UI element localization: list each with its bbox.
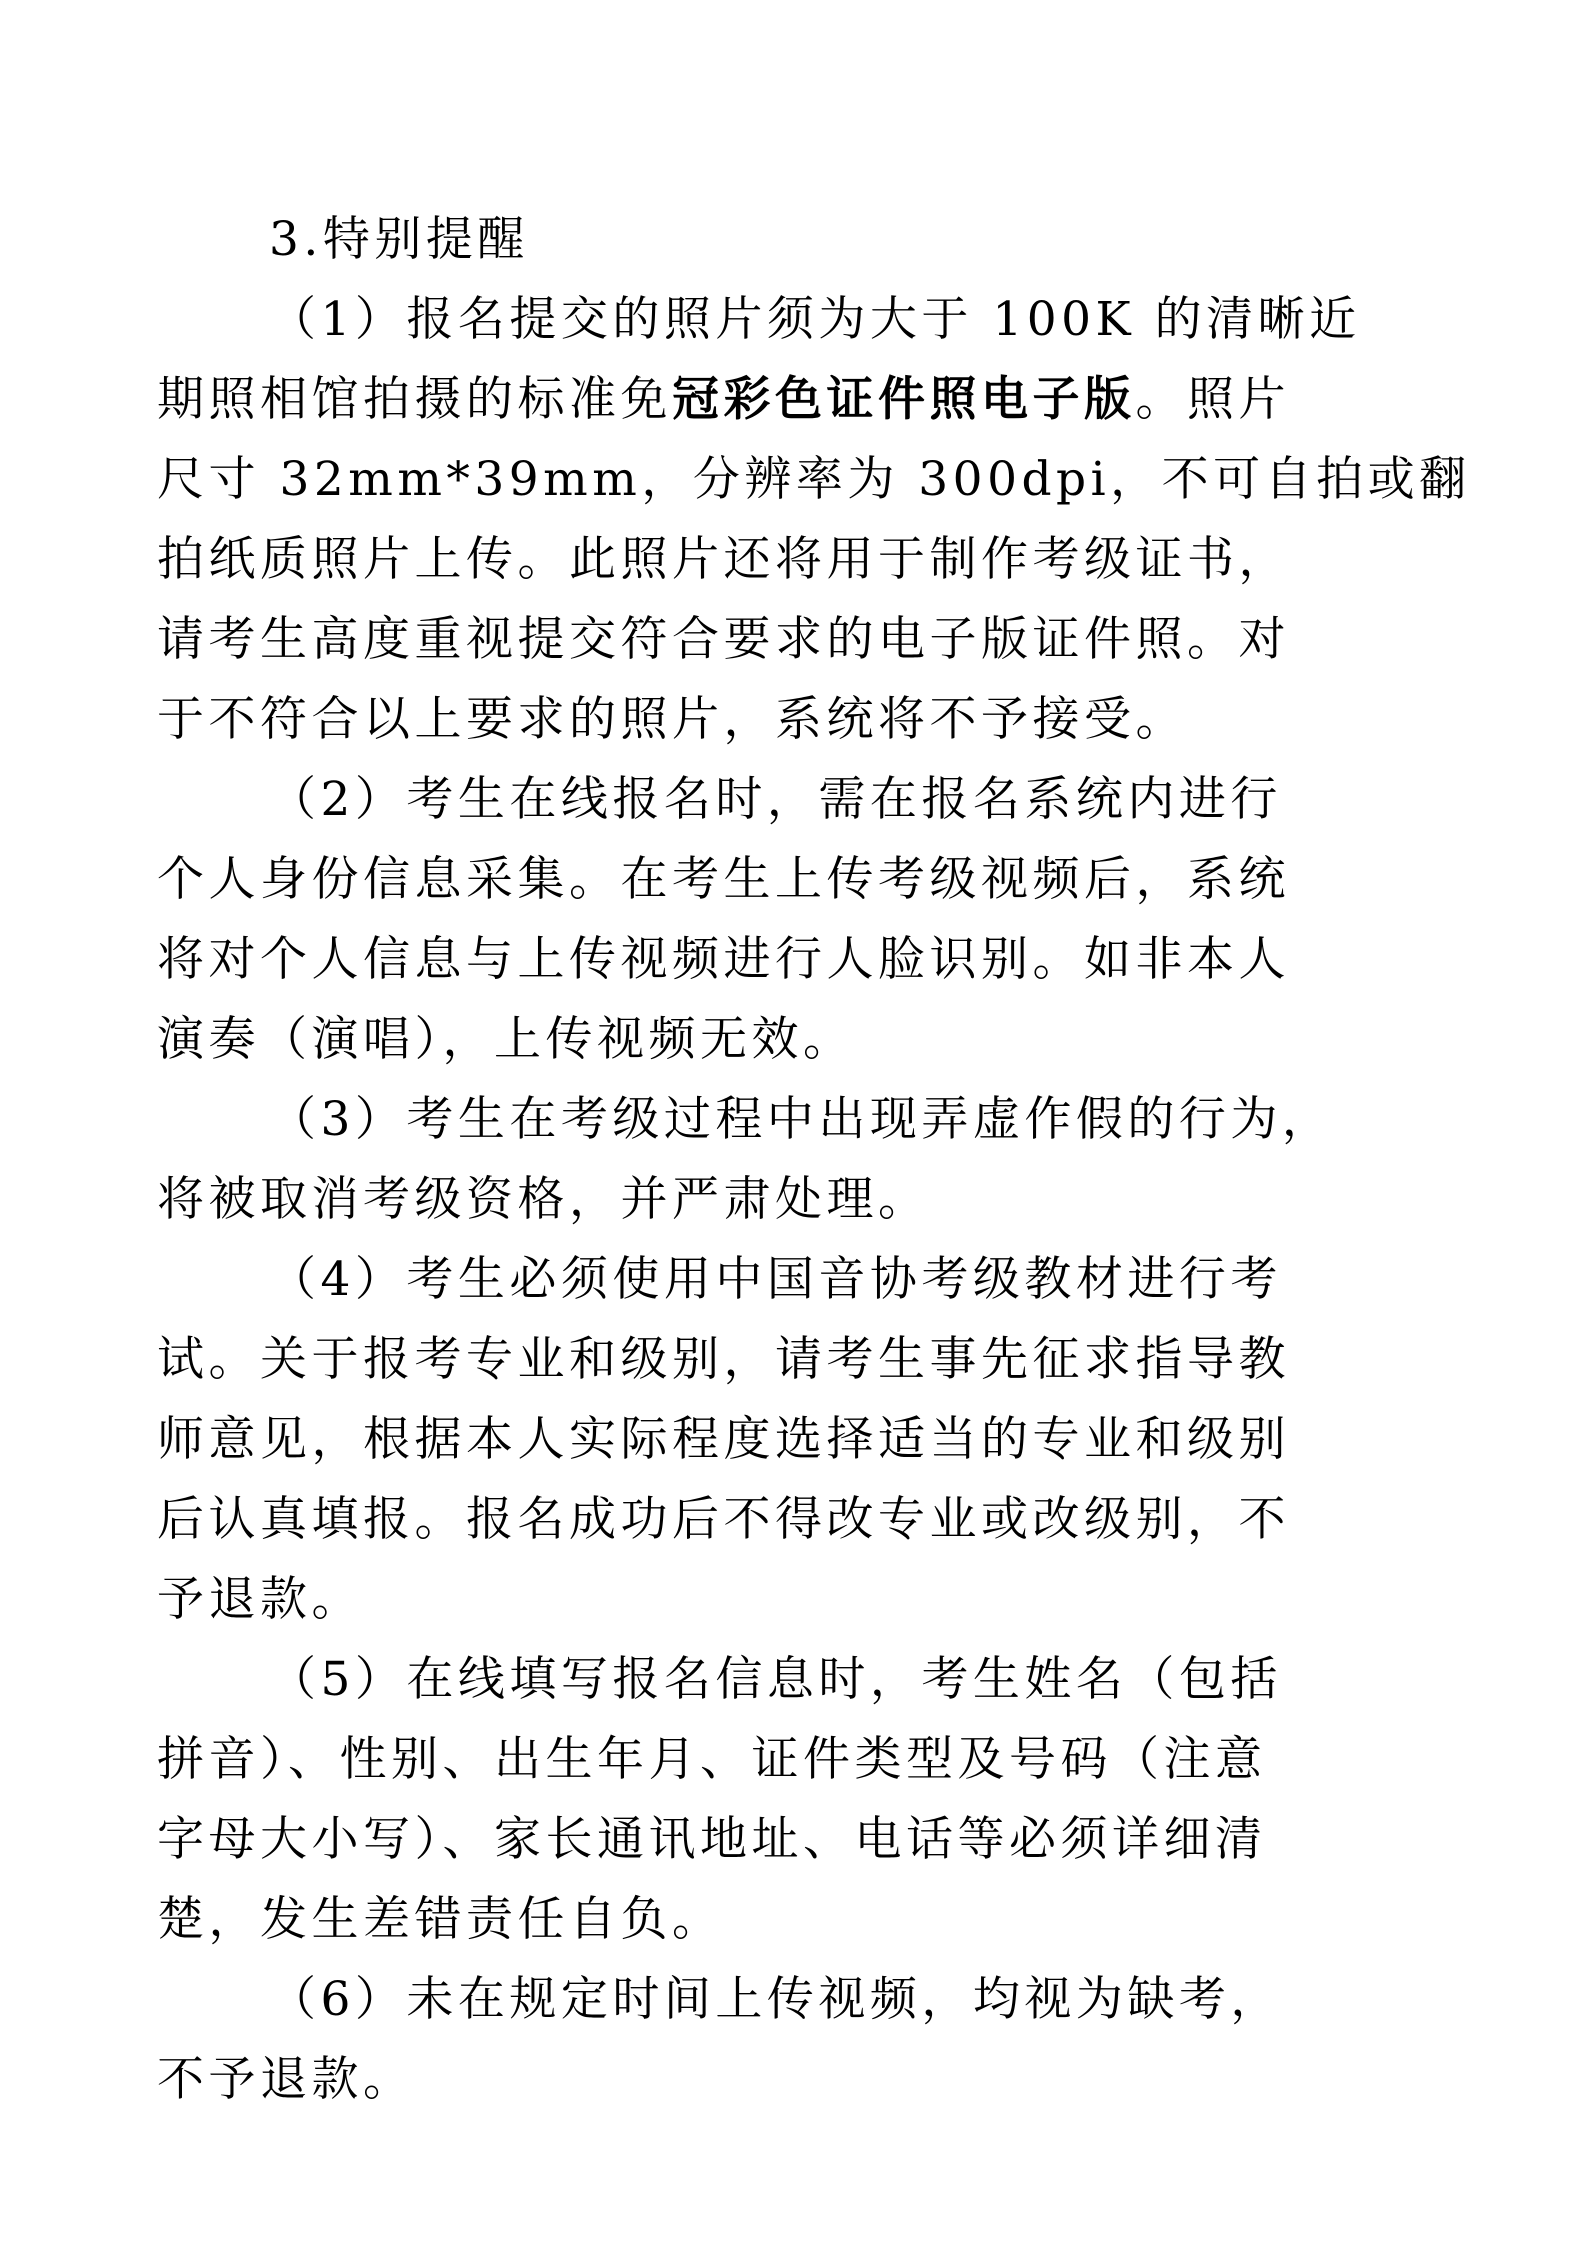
reminder-item-3: （3）考生在考级过程中出现弄虚作假的行为， 将被取消考级资格，并严肃处理。	[157, 1080, 1447, 1240]
reminder-item-4: （4）考生必须使用中国音协考级教材进行考 试。关于报考专业和级别，请考生事先征求…	[157, 1240, 1447, 1640]
item-label: （2）	[269, 772, 406, 827]
item-label: （1）	[269, 292, 406, 347]
paragraph-line: 尺寸 32mm*39mm，分辨率为 300dpi，不可自拍或翻	[157, 440, 1447, 520]
emphasized-text: 冠彩色证件照电子版	[672, 372, 1136, 427]
paragraph-line: 于不符合以上要求的照片，系统将不予接受。	[157, 680, 1447, 760]
reminder-item-5: （5）在线填写报名信息时，考生姓名（包括 拼音）、性别、出生年月、证件类型及号码…	[157, 1640, 1447, 1960]
item-label: （6）	[269, 1972, 406, 2027]
paragraph-line: 拼音）、性别、出生年月、证件类型及号码（注意	[157, 1720, 1447, 1800]
paragraph-line: 请考生高度重视提交符合要求的电子版证件照。对	[157, 600, 1447, 680]
paragraph-line: 试。关于报考专业和级别，请考生事先征求指导教	[157, 1320, 1447, 1400]
paragraph-line: （2）考生在线报名时，需在报名系统内进行	[157, 760, 1447, 840]
document-page: 3.特别提醒 （1）报名提交的照片须为大于 100K 的清晰近 期照相馆拍摄的标…	[157, 200, 1447, 2120]
paragraph-line: 期照相馆拍摄的标准免冠彩色证件照电子版。照片	[157, 360, 1447, 440]
paragraph-line: （3）考生在考级过程中出现弄虚作假的行为，	[157, 1080, 1447, 1160]
paragraph-line: 个人身份信息采集。在考生上传考级视频后，系统	[157, 840, 1447, 920]
paragraph-line: （5）在线填写报名信息时，考生姓名（包括	[157, 1640, 1447, 1720]
paragraph-line: 将被取消考级资格，并严肃处理。	[157, 1160, 1447, 1240]
paragraph-line: 将对个人信息与上传视频进行人脸识别。如非本人	[157, 920, 1447, 1000]
paragraph-line: （4）考生必须使用中国音协考级教材进行考	[157, 1240, 1447, 1320]
item-label: （5）	[269, 1652, 406, 1707]
paragraph-line: 师意见，根据本人实际程度选择适当的专业和级别	[157, 1400, 1447, 1480]
reminder-item-6: （6）未在规定时间上传视频，均视为缺考， 不予退款。	[157, 1960, 1447, 2120]
item-label: （3）	[269, 1092, 406, 1147]
paragraph-line: 演奏（演唱），上传视频无效。	[157, 1000, 1447, 1080]
paragraph-line: 字母大小写）、家长通讯地址、电话等必须详细清	[157, 1800, 1447, 1880]
reminder-item-1: （1）报名提交的照片须为大于 100K 的清晰近 期照相馆拍摄的标准免冠彩色证件…	[157, 280, 1447, 760]
item-label: （4）	[269, 1252, 406, 1307]
paragraph-line: （6）未在规定时间上传视频，均视为缺考，	[157, 1960, 1447, 2040]
paragraph-line: 楚，发生差错责任自负。	[157, 1880, 1447, 1960]
reminder-item-2: （2）考生在线报名时，需在报名系统内进行 个人身份信息采集。在考生上传考级视频后…	[157, 760, 1447, 1080]
paragraph-line: 予退款。	[157, 1560, 1447, 1640]
paragraph-line: 不予退款。	[157, 2040, 1447, 2120]
paragraph-line: （1）报名提交的照片须为大于 100K 的清晰近	[157, 280, 1447, 360]
paragraph-line: 后认真填报。报名成功后不得改专业或改级别，不	[157, 1480, 1447, 1560]
paragraph-line: 拍纸质照片上传。此照片还将用于制作考级证书，	[157, 520, 1447, 600]
section-heading: 3.特别提醒	[157, 200, 1447, 280]
